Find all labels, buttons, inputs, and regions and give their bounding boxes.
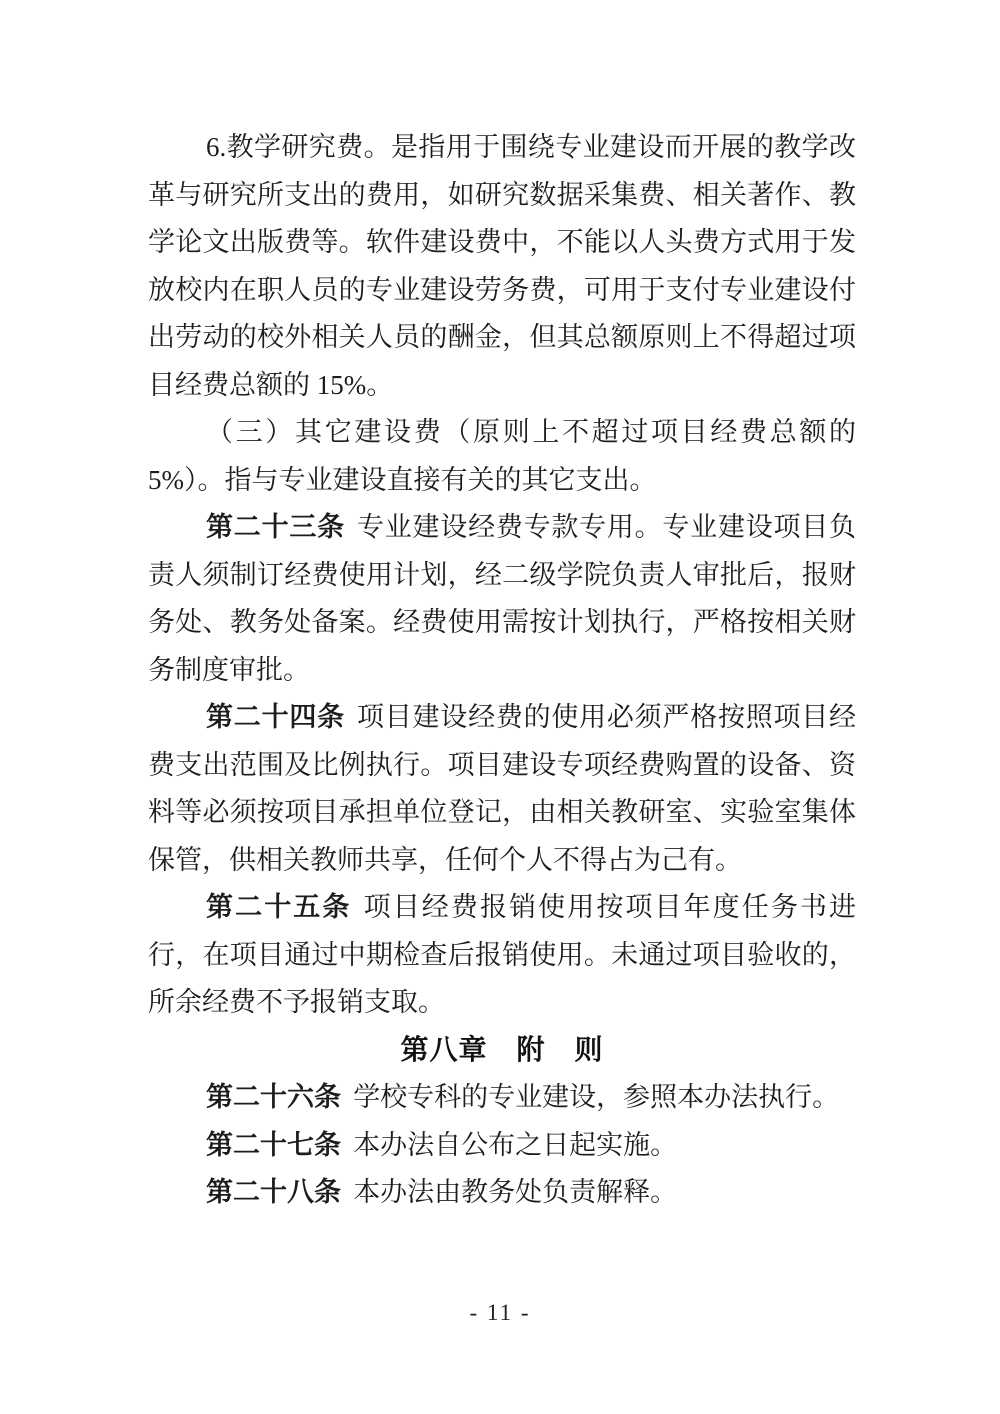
article-number: 第二十七条 [206,1130,341,1160]
paragraph-text: （三）其它建设费（原则上不超过项目经费总额的 5%）。指与专业建设直接有关的其它… [148,417,856,495]
article-number: 第二十三条 [206,512,345,542]
paragraph: 第二十三条专业建设经费专款专用。专业建设项目负责人须制订经费使用计划，经二级学院… [148,504,856,694]
paragraph: 第二十八条本办法由教务处负责解释。 [148,1169,856,1217]
article-number: 第二十八条 [206,1177,341,1207]
document-body: 6.教学研究费。是指用于围绕专业建设而开展的教学改革与研究所支出的费用，如研究数… [148,124,856,1217]
paragraph-text: 本办法由教务处负责解释。 [353,1177,677,1207]
chapter-heading: 第八章 附 则 [148,1027,856,1075]
paragraph: （三）其它建设费（原则上不超过项目经费总额的 5%）。指与专业建设直接有关的其它… [148,409,856,504]
document-page: 6.教学研究费。是指用于围绕专业建设而开展的教学改革与研究所支出的费用，如研究数… [0,0,1000,1414]
paragraph: 第二十七条本办法自公布之日起实施。 [148,1122,856,1170]
paragraph: 第二十四条项目建设经费的使用必须严格按照项目经费支出范围及比例执行。项目建设专项… [148,694,856,884]
paragraph: 第二十五条项目经费报销使用按项目年度任务书进行，在项目通过中期检查后报销使用。未… [148,884,856,1027]
paragraph-text: 学校专科的专业建设，参照本办法执行。 [353,1082,839,1112]
article-number: 第二十五条 [206,892,351,922]
paragraph: 第二十六条学校专科的专业建设，参照本办法执行。 [148,1074,856,1122]
paragraph: 6.教学研究费。是指用于围绕专业建设而开展的教学改革与研究所支出的费用，如研究数… [148,124,856,409]
page-number: - 11 - [0,1300,1000,1326]
paragraph-text: 6.教学研究费。是指用于围绕专业建设而开展的教学改革与研究所支出的费用，如研究数… [148,132,856,400]
article-number: 第二十四条 [206,702,345,732]
paragraph-text: 本办法自公布之日起实施。 [353,1130,677,1160]
article-number: 第二十六条 [206,1082,341,1112]
